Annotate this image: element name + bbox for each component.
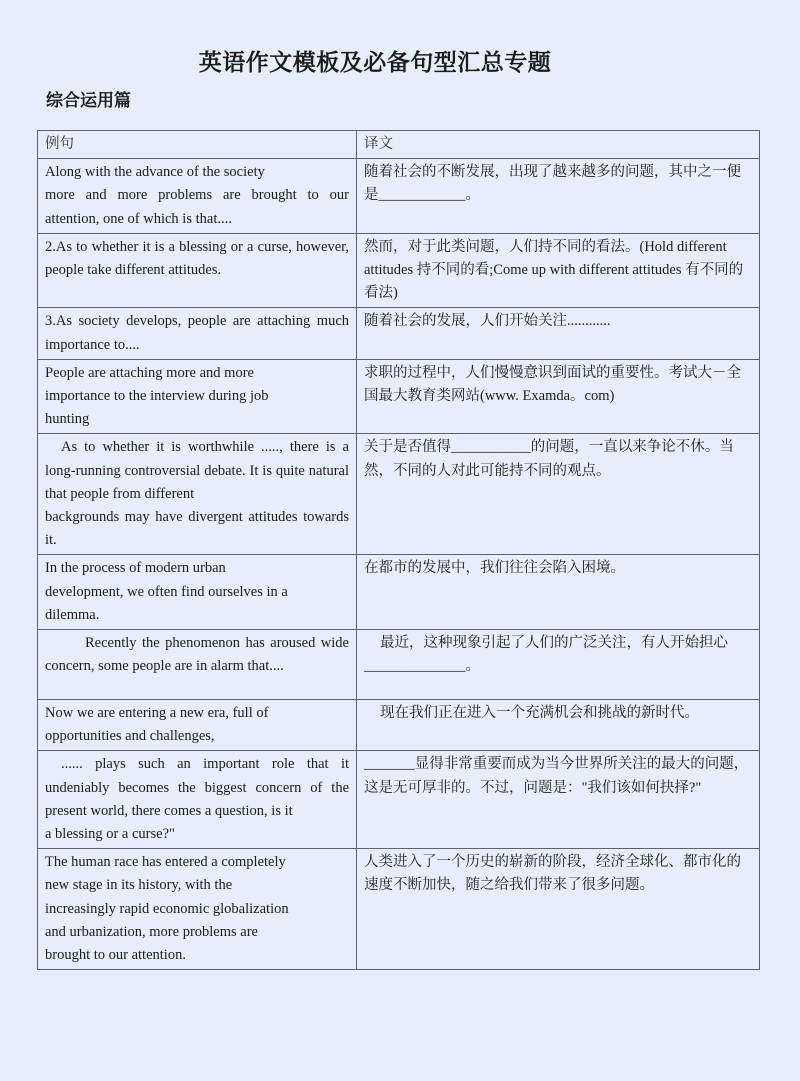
english-sentence-cell: ...... plays such an important role that…: [38, 751, 357, 849]
chinese-translation: 然而，对于此类问题，人们持不同的看法。(Hold different attit…: [364, 236, 752, 306]
header-translation: 译文: [357, 131, 760, 159]
english-sentence: People are attaching more and more impor…: [45, 362, 349, 432]
chinese-translation-cell: 随着社会的发展，人们开始关注............: [357, 308, 760, 359]
chinese-translation: 人类进入了一个历史的崭新的阶段，经济全球化、都市化的速度不断加快，随之给我们带来…: [364, 851, 752, 897]
table-row: 2.As to whether it is a blessing or a cu…: [38, 233, 760, 308]
english-sentence: Now we are entering a new era, full of o…: [45, 702, 349, 748]
chinese-translation: 现在我们正在进入一个充满机会和挑战的新时代。: [364, 702, 752, 725]
chinese-translation: 求职的过程中，人们慢慢意识到面试的重要性。考试大－全国最大教育类网站(www. …: [364, 362, 752, 408]
english-sentence: As to whether it is worthwhile ....., th…: [45, 436, 349, 552]
chinese-translation: 随着社会的发展，人们开始关注............: [364, 310, 752, 333]
table-row: The human race has entered a completely …: [38, 849, 760, 970]
header-example-sentence: 例句: [38, 131, 357, 159]
chinese-translation-cell: _______显得非常重要而成为当今世界所关注的最大的问题，这是无可厚非的。不过…: [357, 751, 760, 849]
table-row: In the process of modern urban developme…: [38, 555, 760, 630]
english-sentence: Recently the phenomenon has aroused wide…: [45, 632, 349, 678]
chinese-translation: 随着社会的不断发展，出现了越来越多的问题，其中之一便是____________。: [364, 161, 752, 207]
table-row: 3.As society develops, people are attach…: [38, 308, 760, 359]
sentence-translation-table: 例句 译文 Along with the advance of the soci…: [37, 130, 760, 970]
english-sentence-cell: The human race has entered a completely …: [38, 849, 357, 970]
english-sentence-cell: 3.As society develops, people are attach…: [38, 308, 357, 359]
english-sentence: 3.As society develops, people are attach…: [45, 310, 349, 356]
english-sentence: Along with the advance of the society mo…: [45, 161, 349, 231]
table-row: Along with the advance of the society mo…: [38, 159, 760, 234]
chinese-translation-cell: 现在我们正在进入一个充满机会和挑战的新时代。: [357, 700, 760, 751]
chinese-translation-cell: 随着社会的不断发展，出现了越来越多的问题，其中之一便是____________。: [357, 159, 760, 234]
chinese-translation-cell: 求职的过程中，人们慢慢意识到面试的重要性。考试大－全国最大教育类网站(www. …: [357, 359, 760, 434]
english-sentence-cell: People are attaching more and more impor…: [38, 359, 357, 434]
document-title: 英语作文模板及必备句型汇总专题: [0, 44, 750, 77]
chinese-translation: 最近，这种现象引起了人们的广泛关注，有人开始担心______________。: [364, 632, 752, 678]
table-row: As to whether it is worthwhile ....., th…: [38, 434, 760, 555]
english-sentence: 2.As to whether it is a blessing or a cu…: [45, 236, 349, 282]
table-row: ...... plays such an important role that…: [38, 751, 760, 849]
chinese-translation-cell: 在都市的发展中，我们往往会陷入困境。: [357, 555, 760, 630]
chinese-translation: 关于是否值得___________的问题，一直以来争论不休。当然，不同的人对此可…: [364, 436, 752, 482]
chinese-translation-cell: 然而，对于此类问题，人们持不同的看法。(Hold different attit…: [357, 233, 760, 308]
chinese-translation: 在都市的发展中，我们往往会陷入困境。: [364, 557, 752, 580]
table-row: People are attaching more and more impor…: [38, 359, 760, 434]
english-sentence: In the process of modern urban developme…: [45, 557, 349, 627]
chinese-translation-cell: 最近，这种现象引起了人们的广泛关注，有人开始担心______________。: [357, 630, 760, 700]
table-row: Now we are entering a new era, full of o…: [38, 700, 760, 751]
table-row: Recently the phenomenon has aroused wide…: [38, 630, 760, 700]
english-sentence-cell: 2.As to whether it is a blessing or a cu…: [38, 233, 357, 308]
english-sentence-cell: Recently the phenomenon has aroused wide…: [38, 630, 357, 700]
english-sentence-cell: Now we are entering a new era, full of o…: [38, 700, 357, 751]
chinese-translation-cell: 人类进入了一个历史的崭新的阶段，经济全球化、都市化的速度不断加快，随之给我们带来…: [357, 849, 760, 970]
english-sentence-cell: Along with the advance of the society mo…: [38, 159, 357, 234]
english-sentence-cell: In the process of modern urban developme…: [38, 555, 357, 630]
english-sentence-cell: As to whether it is worthwhile ....., th…: [38, 434, 357, 555]
chinese-translation-cell: 关于是否值得___________的问题，一直以来争论不休。当然，不同的人对此可…: [357, 434, 760, 555]
english-sentence: The human race has entered a completely …: [45, 851, 349, 967]
english-sentence: ...... plays such an important role that…: [45, 753, 349, 846]
section-subtitle: 综合运用篇: [46, 86, 131, 111]
chinese-translation: _______显得非常重要而成为当今世界所关注的最大的问题，这是无可厚非的。不过…: [364, 753, 752, 799]
table-header-row: 例句 译文: [38, 131, 760, 159]
